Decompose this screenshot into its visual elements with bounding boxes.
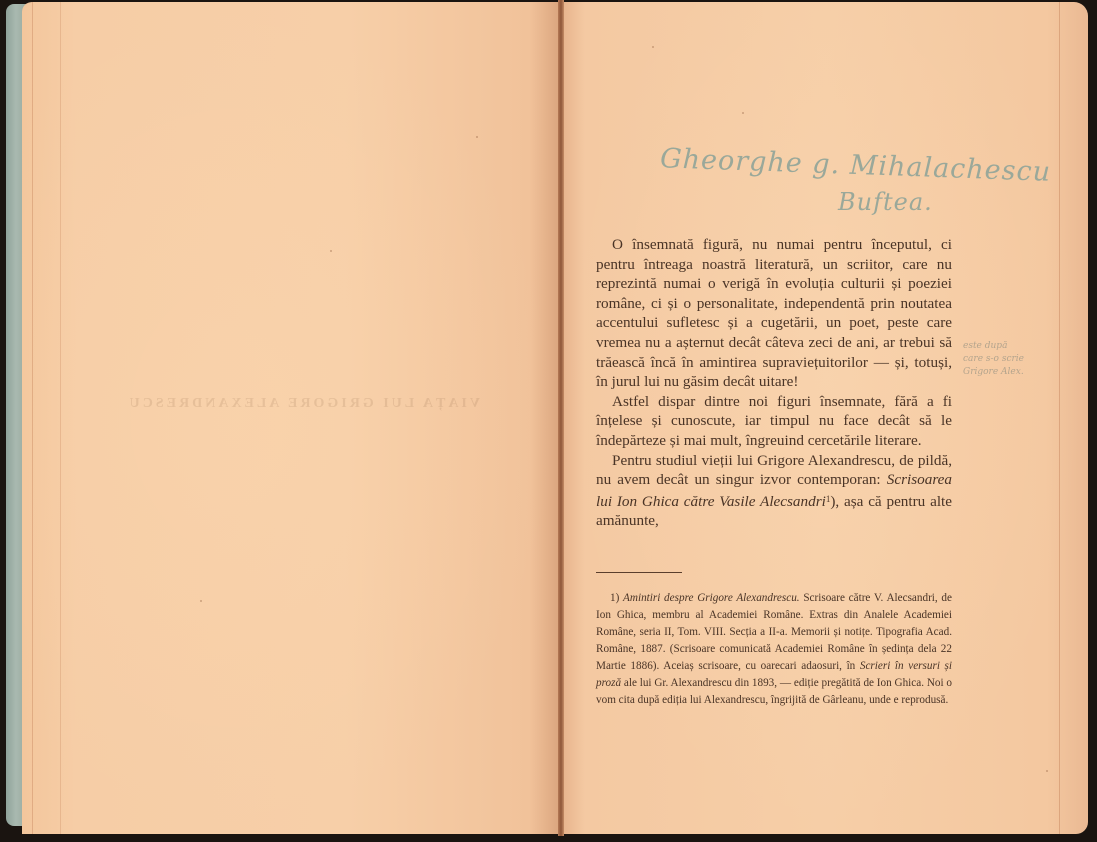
footnote-part-2: ale lui Gr. Alexandrescu din 1893, — edi… bbox=[596, 677, 952, 706]
paper-speck bbox=[652, 46, 654, 48]
bleed-through-title: VIAȚA LUI GRIGORE ALEXANDRESCU bbox=[180, 396, 480, 412]
paper-speck bbox=[330, 250, 332, 252]
margin-note-line: este după bbox=[963, 340, 1043, 353]
paper-speck bbox=[200, 600, 202, 602]
page-edge-line bbox=[60, 2, 61, 834]
margin-note-line: care s-o scrie bbox=[963, 353, 1043, 366]
paragraph-3: Pentru studiul vieții lui Grigore Alexan… bbox=[596, 451, 952, 531]
left-page bbox=[22, 2, 562, 834]
paper-speck bbox=[742, 112, 744, 114]
margin-note-line: Grigore Alex. bbox=[963, 366, 1043, 379]
handwritten-place: Buftea. bbox=[838, 188, 933, 216]
main-text: O însemnată figură, nu numai pentru înce… bbox=[596, 235, 952, 531]
paper-speck bbox=[1046, 770, 1048, 772]
book-spread: VIAȚA LUI GRIGORE ALEXANDRESCU Gheorghe … bbox=[0, 0, 1097, 842]
footnote-title: Amintiri despre Grigore Alexandrescu. bbox=[623, 592, 800, 604]
page-edge-line bbox=[32, 2, 33, 834]
footnote-text: 1) Amintiri despre Grigore Alexandrescu.… bbox=[596, 590, 952, 709]
paragraph-1: O însemnată figură, nu numai pentru înce… bbox=[596, 235, 952, 392]
page-edge-line bbox=[1059, 2, 1060, 834]
footnote-separator bbox=[596, 572, 682, 573]
footnote: 1) Amintiri despre Grigore Alexandrescu.… bbox=[596, 590, 952, 709]
paragraph-2: Astfel dispar dintre noi figuri însemnat… bbox=[596, 392, 952, 451]
pencil-margin-note: este după care s-o scrie Grigore Alex. bbox=[963, 340, 1043, 379]
paper-speck bbox=[476, 136, 478, 138]
footnote-marker: 1) bbox=[610, 592, 619, 604]
